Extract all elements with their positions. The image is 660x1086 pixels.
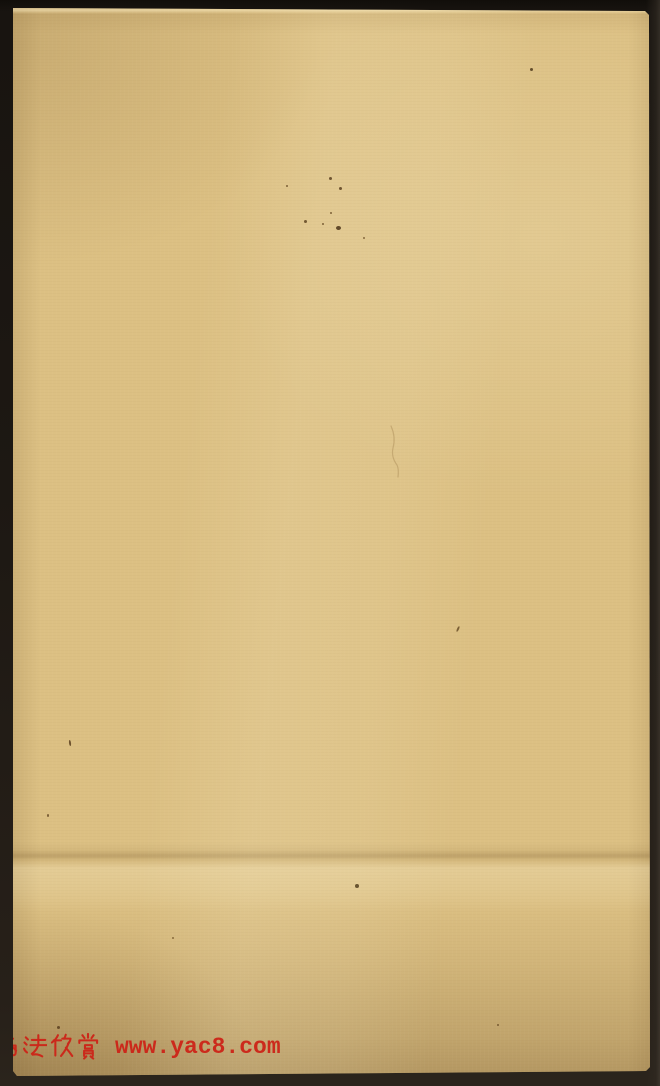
paper-crack-mark (384, 424, 404, 484)
paper-speck (304, 220, 307, 223)
paper-speck (329, 177, 332, 180)
watermark-url-text: www.yac8.com (115, 1032, 281, 1060)
paper-speck (69, 740, 72, 746)
watermark-cjk-char-shang (75, 1032, 101, 1060)
paper-speck (172, 937, 174, 939)
paper-speck (530, 68, 533, 71)
paper-speck (57, 1026, 60, 1029)
paper-speck (330, 212, 332, 214)
paper-speck (456, 626, 460, 632)
paper-speck (286, 185, 288, 187)
paper-speck (497, 1024, 499, 1026)
paper-speck (339, 187, 342, 190)
watermark-cjk-char-shu (0, 1032, 20, 1060)
paper-speck (355, 884, 359, 888)
paper-speck (322, 223, 324, 225)
paper-speck (336, 226, 341, 230)
watermark: www.yac8.com (0, 1031, 281, 1060)
watermark-cjk-char-fa (21, 1032, 47, 1060)
paper-sheet: www.yac8.com (0, 0, 660, 1086)
scan-background: www.yac8.com (0, 0, 660, 1086)
watermark-cjk-char-xin (48, 1032, 74, 1060)
paper-speck (47, 814, 49, 817)
paper-speck (363, 237, 365, 239)
